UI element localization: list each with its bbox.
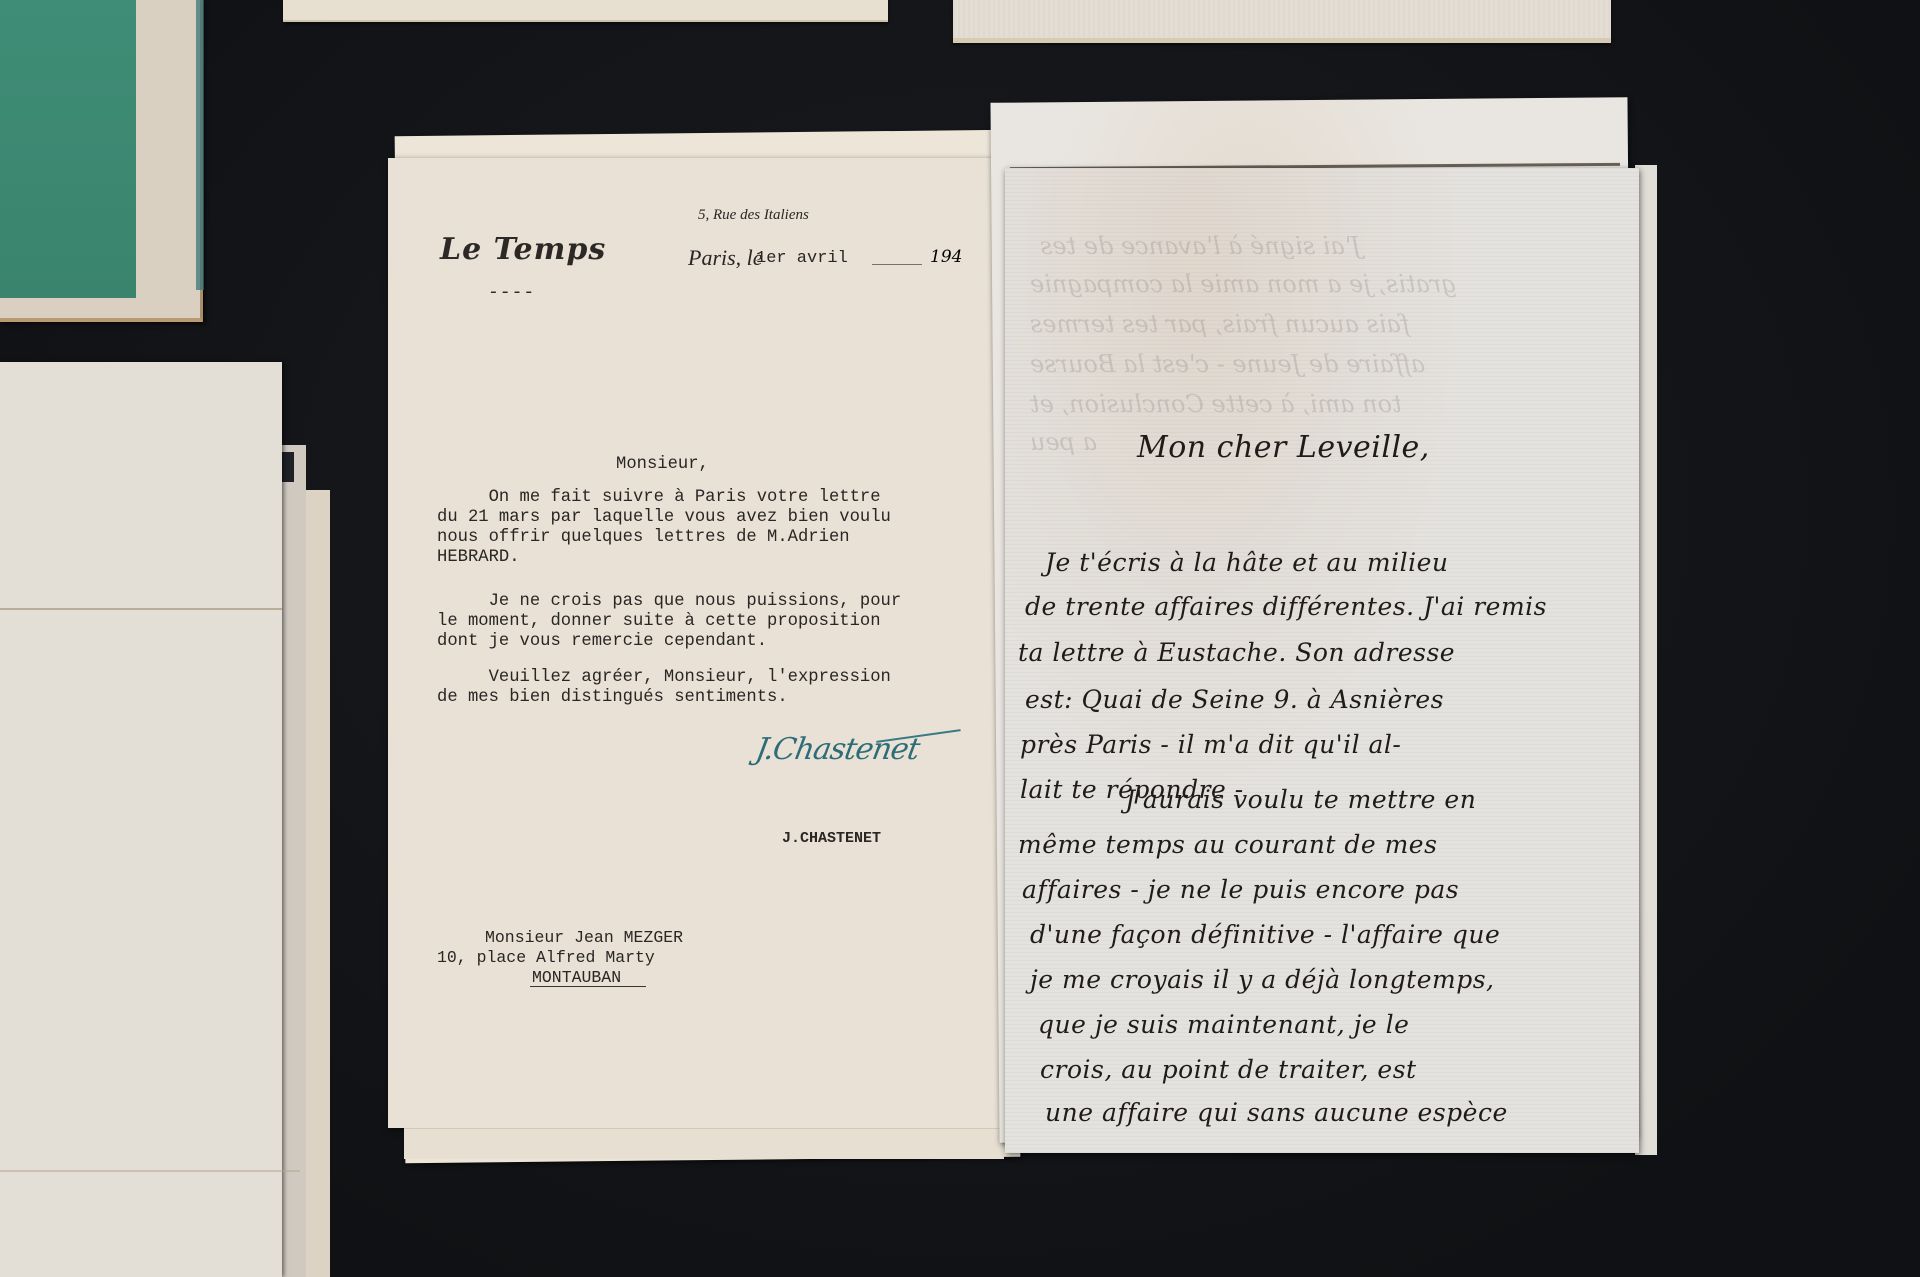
blank-folded-sheet	[0, 362, 282, 1277]
handwritten-line: près Paris - il m'a dit qu'il al-	[1020, 730, 1401, 759]
fold-line	[0, 608, 282, 610]
paragraph-1: On me fait suivre à Paris votre lettre d…	[437, 488, 891, 568]
recipient-name: Monsieur Jean MEZGER	[485, 928, 683, 948]
handwritten-line: même temps au courant de mes	[1018, 830, 1437, 859]
handwritten-line: crois, au point de traiter, est	[1040, 1055, 1417, 1084]
masthead-le-temps: Le Temps	[440, 232, 606, 267]
handwritten-line: une affaire qui sans aucune espèce	[1045, 1098, 1508, 1127]
handwritten-line: d'une façon définitive - l'affaire que	[1030, 920, 1500, 949]
folder-edge	[196, 0, 204, 290]
date-year: 194	[930, 247, 962, 267]
handwritten-line: je me croyais il y a déjà longtemps,	[1030, 965, 1494, 994]
handwritten-line: de trente affaires différentes. J'ai rem…	[1025, 592, 1547, 621]
fold-line	[0, 1170, 300, 1172]
bleed-through-line: ton ami, à cette Conclusion, et	[1030, 390, 1402, 418]
handwritten-line: ta lettre à Eustache. Son adresse	[1018, 638, 1455, 667]
handwritten-line: est: Quai de Seine 9. à Asnières	[1025, 685, 1444, 714]
letterhead-address: 5, Rue des Italiens	[698, 207, 809, 224]
handwritten-line: que je suis maintenant, je le	[1038, 1010, 1409, 1039]
bleed-through-line: affaire de Jeune - c'est la Bourse	[1030, 350, 1425, 378]
signer-name: J.CHASTENET	[782, 830, 881, 847]
bleed-through-line: gratis, je a mon amie la compagnie	[1030, 270, 1457, 298]
bleed-through-line: a peu	[1030, 428, 1097, 456]
city-underline	[530, 986, 646, 987]
date-typed: 1er avril	[756, 249, 848, 268]
typed-letter-bottom-edge	[404, 1128, 1004, 1159]
date-blank-line	[872, 264, 922, 265]
recipient-city: MONTAUBAN	[532, 968, 621, 988]
sheet-edge	[278, 445, 306, 1277]
date-prefix: Paris, le	[688, 245, 763, 271]
paragraph-3: Veuillez agréer, Monsieur, l'expression …	[437, 668, 891, 708]
bleed-through-line: fais aucun frais, par tes termes	[1030, 310, 1410, 338]
top-paper-strip-left	[283, 0, 888, 22]
sheet-dark-tab	[282, 452, 294, 482]
handwritten-line: Je t'écris à la hâte et au milieu	[1045, 548, 1449, 577]
paragraph-2: Je ne crois pas que nous puissions, pour…	[437, 592, 901, 652]
recipient-street: 10, place Alfred Marty	[437, 948, 655, 968]
handwritten-line: J'aurais voulu te mettre en	[1125, 785, 1476, 814]
green-folder-cover	[0, 0, 136, 298]
handwritten-line: affaires - je ne le puis encore pas	[1022, 875, 1459, 904]
masthead-rule: ----	[488, 283, 535, 303]
sheet-edge	[305, 490, 330, 1277]
handwritten-salutation: Mon cher Leveille,	[1137, 430, 1430, 465]
top-paper-strip-right	[953, 0, 1611, 43]
bleed-through-line: J'ai signé à l'avance de tes	[1040, 232, 1361, 260]
salutation: Monsieur,	[616, 455, 709, 475]
